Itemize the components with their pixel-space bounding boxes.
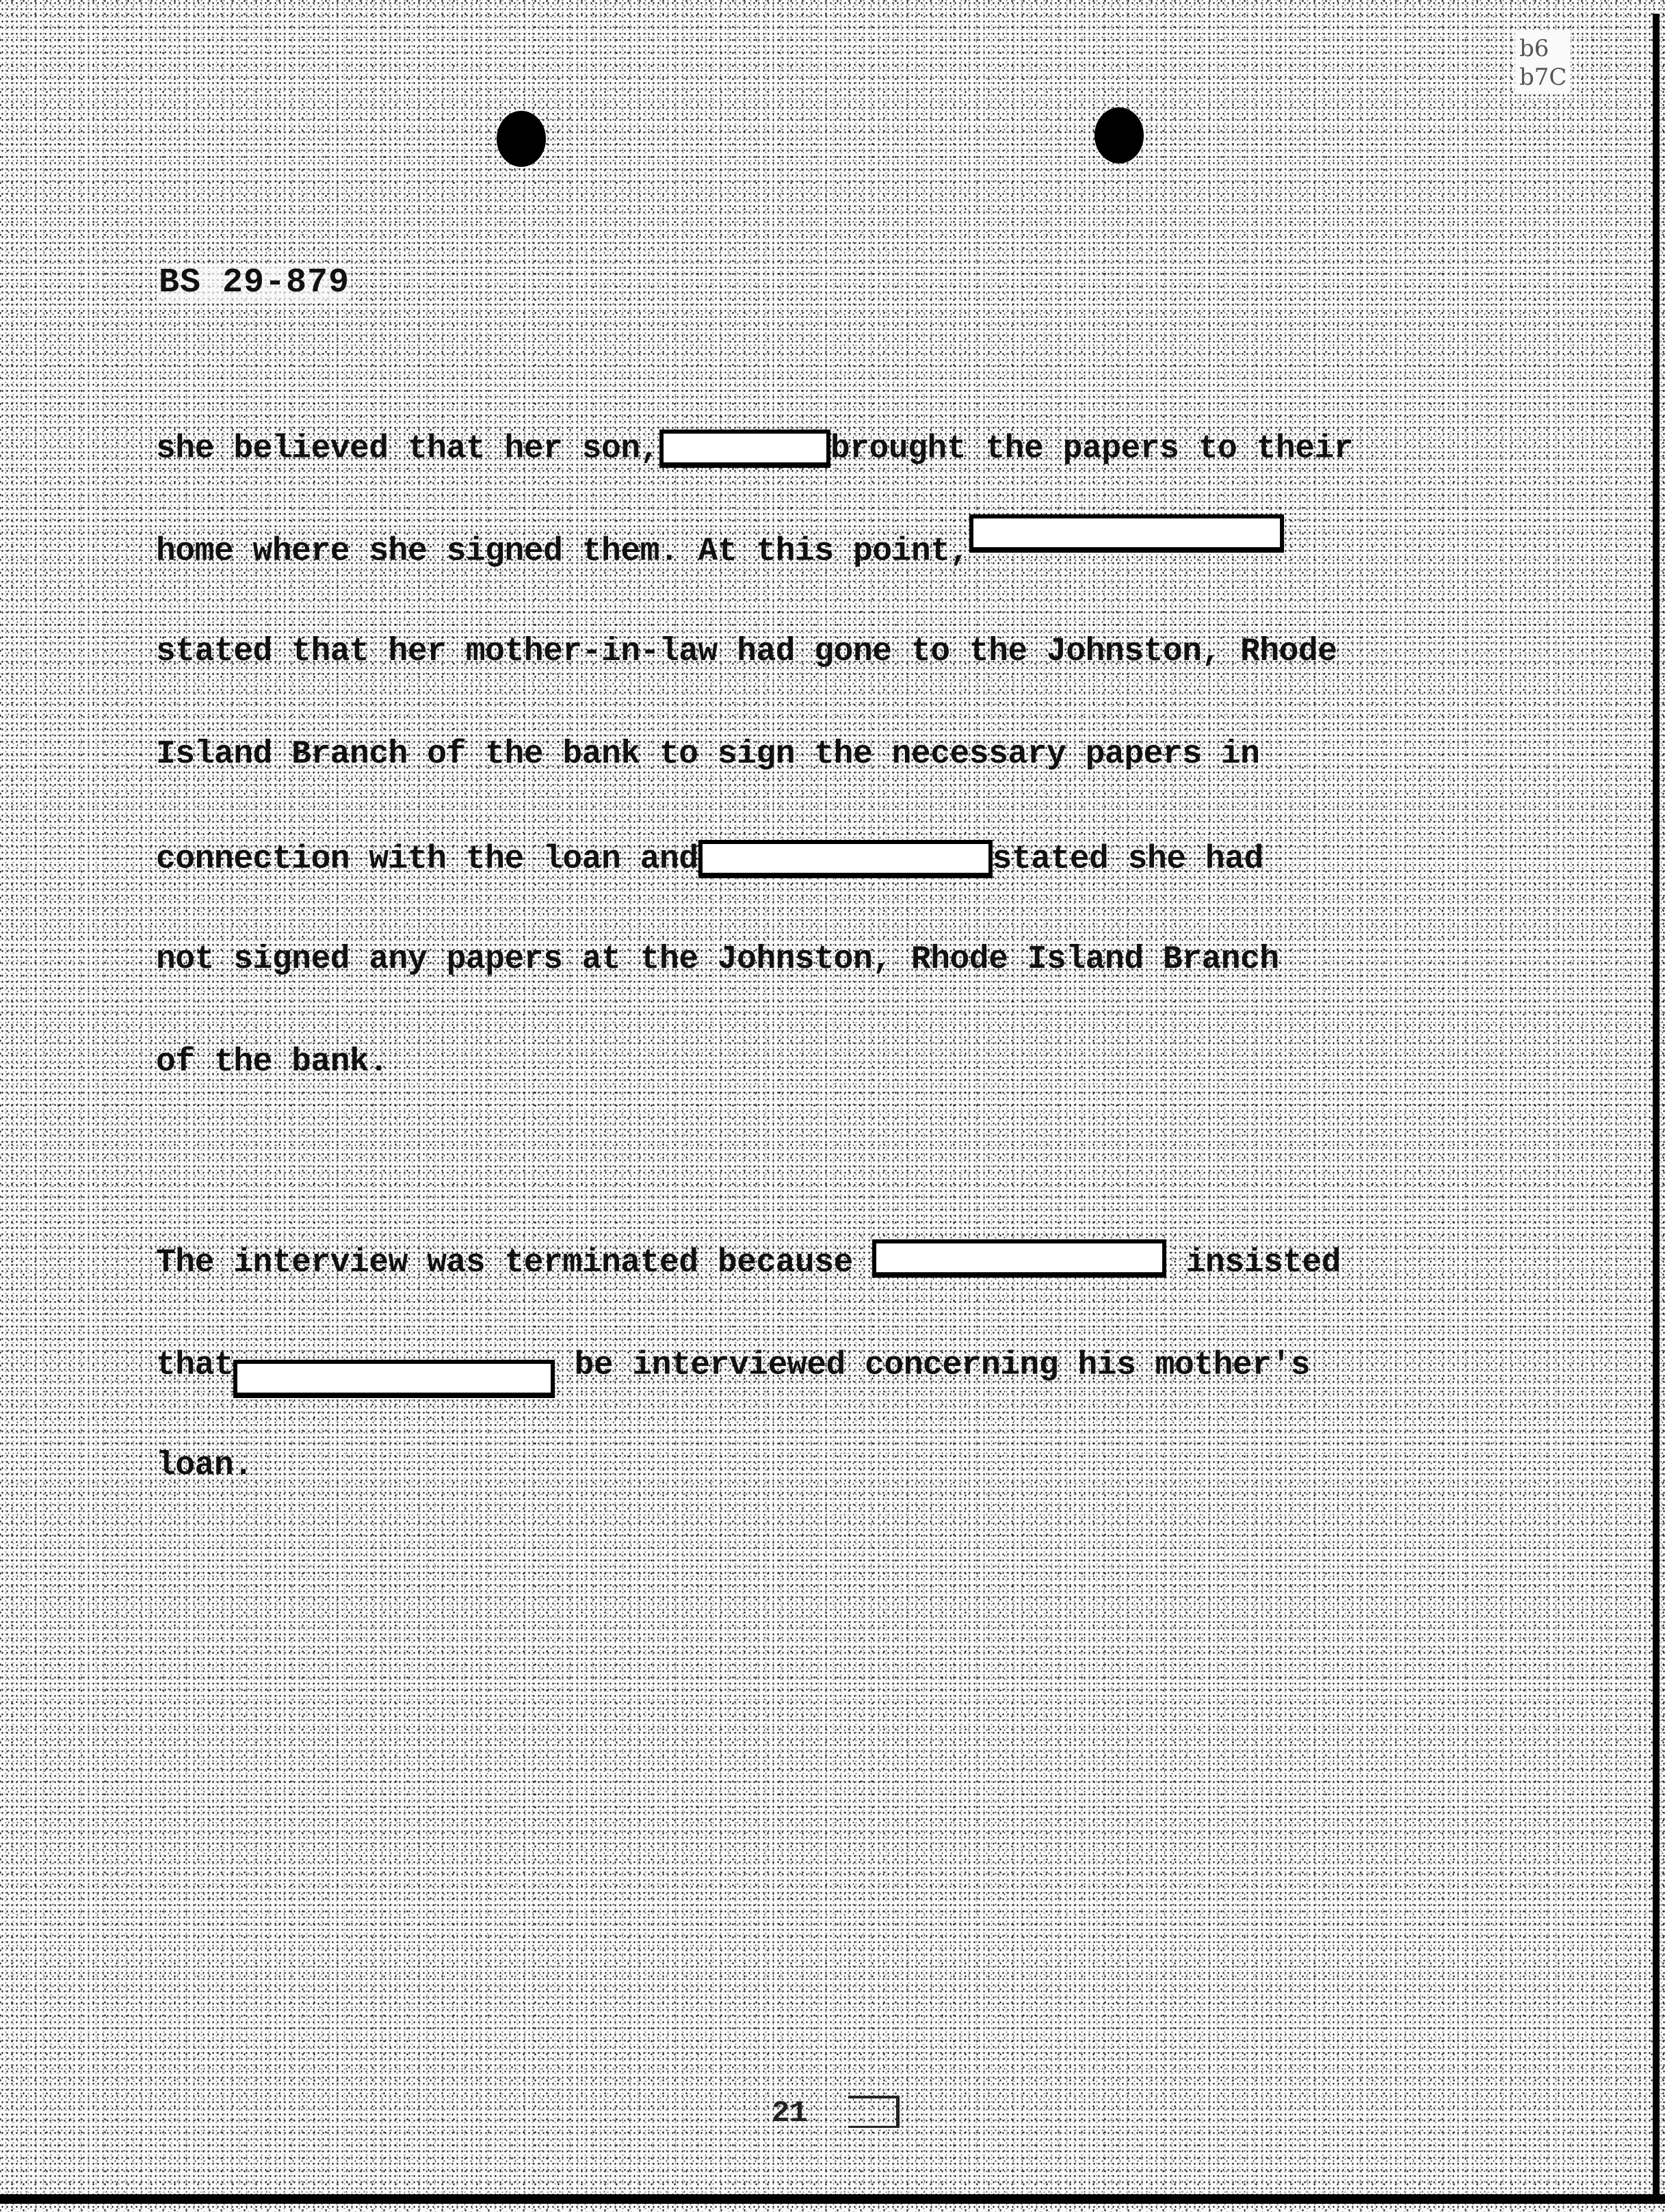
- page-stamp-mark: [848, 2096, 900, 2128]
- exemption-code: b6: [1519, 34, 1566, 63]
- text-line: that be interviewed concerning his mothe…: [156, 1346, 1456, 1380]
- redaction-box: [969, 514, 1284, 553]
- exemption-codes: b6 b7C: [1515, 33, 1571, 93]
- redaction-box: [659, 430, 830, 468]
- text-line: The interview was terminated because ins…: [156, 1243, 1456, 1278]
- exemption-code: b7C: [1519, 63, 1566, 92]
- text-line: she believed that her son,brought the pa…: [156, 430, 1456, 464]
- redaction-box: [233, 1360, 555, 1398]
- scan-edge-bottom: [0, 2194, 1665, 2204]
- paragraph-1: she believed that her son,brought the pa…: [156, 361, 1456, 1148]
- page-number: 21: [772, 2096, 808, 2131]
- file-number: BS 29-879: [159, 263, 350, 302]
- text-line: loan.: [156, 1449, 1456, 1483]
- redaction-box: [872, 1239, 1166, 1278]
- text-line: of the bank.: [156, 1045, 1456, 1079]
- text-line: not signed any papers at the Johnston, R…: [156, 943, 1456, 977]
- punch-hole-right: [1094, 107, 1144, 163]
- text-line: home where she signed them. At this poin…: [156, 532, 1456, 566]
- paragraph-2: The interview was terminated because ins…: [156, 1175, 1456, 1551]
- redaction-box: [698, 840, 993, 878]
- text-line: stated that her mother-in-law had gone t…: [156, 635, 1456, 669]
- text-line: Island Branch of the bank to sign the ne…: [156, 737, 1456, 772]
- document-page: b6 b7C BS 29-879 she believed that her s…: [0, 0, 1665, 2212]
- body-text: she believed that her son,brought the pa…: [156, 361, 1456, 1579]
- scan-edge-right: [1653, 14, 1660, 2196]
- punch-hole-left: [497, 111, 546, 167]
- text-line: connection with the loan andstated she h…: [156, 840, 1456, 874]
